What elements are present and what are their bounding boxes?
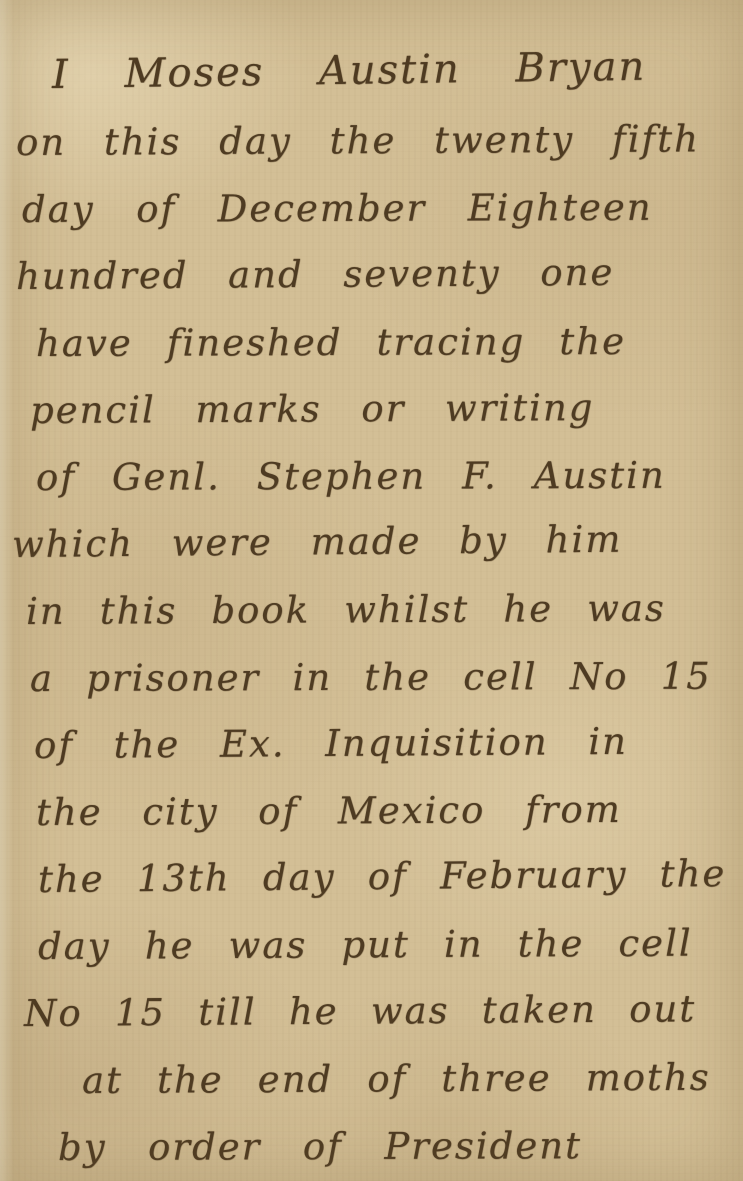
- manuscript-line-3: day of December Eighteen: [22, 173, 743, 243]
- manuscript-line-2: on this day the twenty fifth: [16, 105, 743, 176]
- manuscript-line-5: have fineshed tracing the: [36, 308, 743, 377]
- manuscript-line-14: day he was put in the cell: [38, 909, 743, 980]
- handwritten-text-block: I Moses Austin Bryan on this day the twe…: [0, 42, 743, 1181]
- manuscript-line-4: hundred and seventy one: [16, 238, 743, 310]
- manuscript-page: I Moses Austin Bryan on this day the twe…: [0, 0, 743, 1181]
- manuscript-line-7: of Genl. Stephen F. Austin: [36, 442, 743, 511]
- manuscript-line-9: in this book whilst he was: [26, 574, 743, 645]
- manuscript-line-1: I Moses Austin Bryan: [52, 32, 743, 109]
- manuscript-line-11: of the Ex. Inquisition in: [34, 707, 743, 779]
- manuscript-line-6: pencil marks or writing: [30, 373, 743, 444]
- manuscript-line-10: a prisoner in the cell No 15: [30, 643, 743, 712]
- manuscript-line-8: which were made by him: [12, 505, 743, 578]
- manuscript-line-12: the city of Mexico from: [36, 775, 743, 846]
- manuscript-line-16: at the end of three moths: [82, 1044, 743, 1114]
- manuscript-line-15: No 15 till he was taken out: [24, 975, 743, 1047]
- manuscript-line-13: the 13th day of February the: [38, 840, 743, 913]
- manuscript-line-17: by order of President: [58, 1112, 743, 1181]
